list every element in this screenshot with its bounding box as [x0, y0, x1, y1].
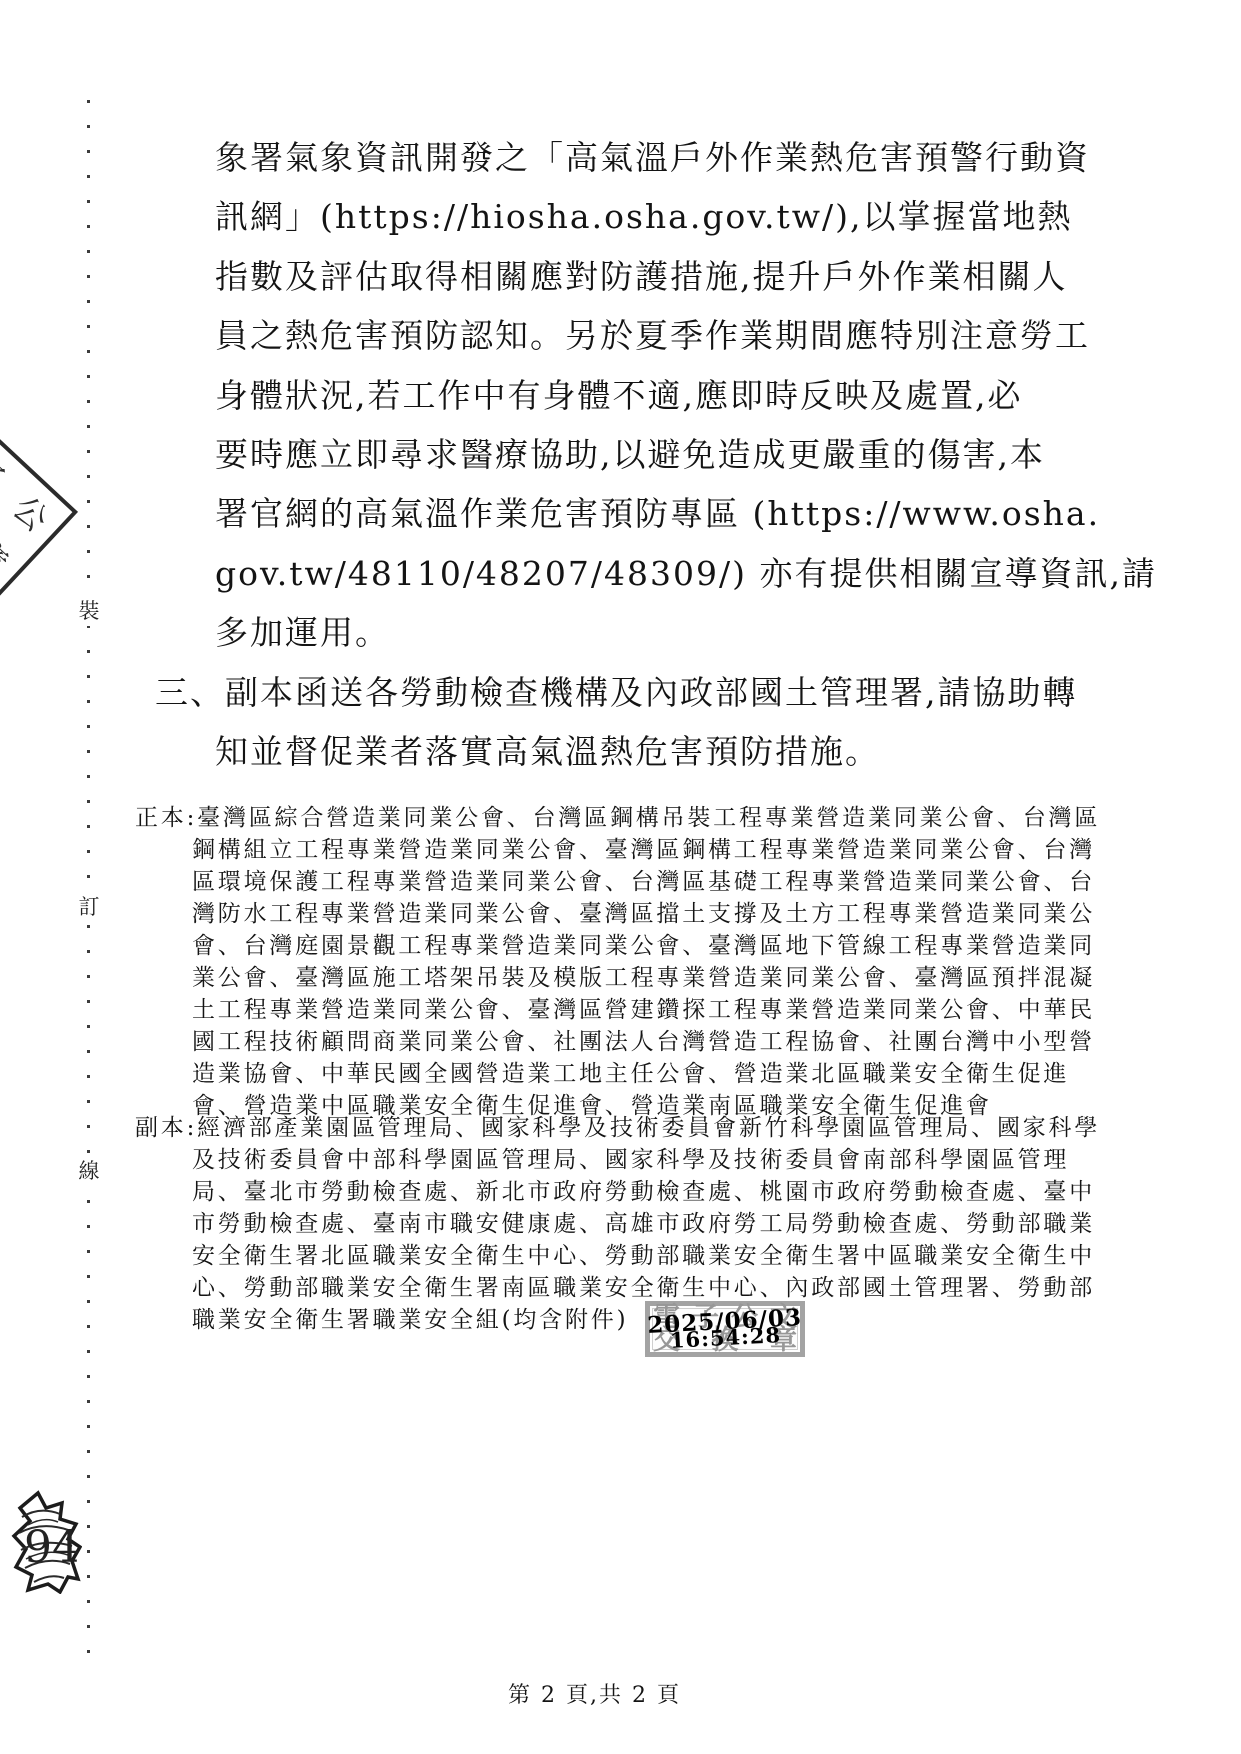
body-text: 象署氣象資訊開發之「高氣溫戶外作業熱危害預警行動資訊網」(https://hio…: [0, 128, 1241, 781]
binding-mark-xian: 線: [76, 1156, 102, 1186]
electronic-exchange-stamp: 電子公文 交換章 2025/06/03 16:54:28: [645, 1301, 805, 1357]
body-line: 多加運用。: [0, 603, 1241, 662]
document-page: 裝 訂 線 子公換章 象署氣象資訊開發之「高氣溫戶外作業熱危害預警行動資訊網」(…: [0, 0, 1241, 1754]
body-line: gov.tw/48110/48207/48309/) 亦有提供相關宣導資訊,請: [0, 544, 1241, 603]
archive-wavy-stamp: 94: [10, 1488, 82, 1594]
copy-recipient-line: 副本:經濟部產業園區管理局、國家科學及技術委員會新竹科學園區管理局、國家科學: [135, 1112, 1175, 1144]
original-recipient-line: 鋼構組立工程專業營造業同業公會、臺灣區鋼構工程專業營造業同業公會、台灣: [135, 834, 1175, 866]
page-footer: 第 2 頁,共 2 頁: [508, 1678, 681, 1709]
archive-stamp-number: 94: [24, 1522, 80, 1573]
copy-recipient-line: 安全衛生署北區職業安全衛生中心、勞動部職業安全衛生署中區職業安全衛生中: [135, 1240, 1175, 1272]
copy-recipient-line: 及技術委員會中部科學園區管理局、國家科學及技術委員會南部科學園區管理: [135, 1144, 1175, 1176]
original-recipient-line: 區環境保護工程專業營造業同業公會、台灣區基礎工程專業營造業同業公會、台: [135, 866, 1175, 898]
original-recipient-line: 會、台灣庭園景觀工程專業營造業同業公會、臺灣區地下管線工程專業營造業同: [135, 930, 1175, 962]
exchange-stamp-time: 16:54:28: [669, 1326, 781, 1350]
original-recipient-line: 正本:臺灣區綜合營造業同業公會、台灣區鋼構吊裝工程專業營造業同業公會、台灣區: [135, 802, 1175, 834]
body-line: 員之熱危害預防認知。另於夏季作業期間應特別注意勞工: [0, 306, 1241, 365]
original-recipient-line: 國工程技術顧問商業同業公會、社團法人台灣營造工程協會、社團台灣中小型營: [135, 1026, 1175, 1058]
original-recipient-line: 灣防水工程專業營造業同業公會、臺灣區擋土支撐及土方工程專業營造業同業公: [135, 898, 1175, 930]
body-line: 象署氣象資訊開發之「高氣溫戶外作業熱危害預警行動資: [0, 128, 1241, 187]
original-recipient-line: 土工程專業營造業同業公會、臺灣區營建鑽探工程專業營造業同業公會、中華民: [135, 994, 1175, 1026]
body-line: 三、副本函送各勞動檢查機構及內政部國土管理署,請協助轉: [0, 663, 1241, 722]
binding-mark-ding: 訂: [76, 892, 102, 922]
body-line: 身體狀況,若工作中有身體不適,應即時反映及處置,必: [0, 366, 1241, 425]
body-line: 要時應立即尋求醫療協助,以避免造成更嚴重的傷害,本: [0, 425, 1241, 484]
exchange-stamp-datetime: 2025/06/03 16:54:28: [649, 1302, 801, 1356]
body-line: 署官網的高氣溫作業危害預防專區 (https://www.osha.: [0, 484, 1241, 543]
original-recipient-line: 業公會、臺灣區施工塔架吊裝及模版工程專業營造業同業公會、臺灣區預拌混凝: [135, 962, 1175, 994]
original-recipient-line: 造業協會、中華民國全國營造業工地主任公會、營造業北區職業安全衛生促進: [135, 1058, 1175, 1090]
body-line: 知並督促業者落實高氣溫熱危害預防措施。: [0, 722, 1241, 781]
copy-recipient-line: 局、臺北市勞動檢查處、新北市政府勞動檢查處、桃園市政府勞動檢查處、臺中: [135, 1176, 1175, 1208]
original-recipients: 正本:臺灣區綜合營造業同業公會、台灣區鋼構吊裝工程專業營造業同業公會、台灣區鋼構…: [135, 802, 1175, 1122]
copy-recipient-line: 市勞動檢查處、臺南市職安健康處、高雄市政府勞工局勞動檢查處、勞動部職業: [135, 1208, 1175, 1240]
copy-recipient-line: 心、勞動部職業安全衛生署南區職業安全衛生中心、內政部國土管理署、勞動部: [135, 1272, 1175, 1304]
body-line: 訊網」(https://hiosha.osha.gov.tw/),以掌握當地熱: [0, 187, 1241, 246]
body-line: 指數及評估取得相關應對防護措施,提升戶外作業相關人: [0, 247, 1241, 306]
